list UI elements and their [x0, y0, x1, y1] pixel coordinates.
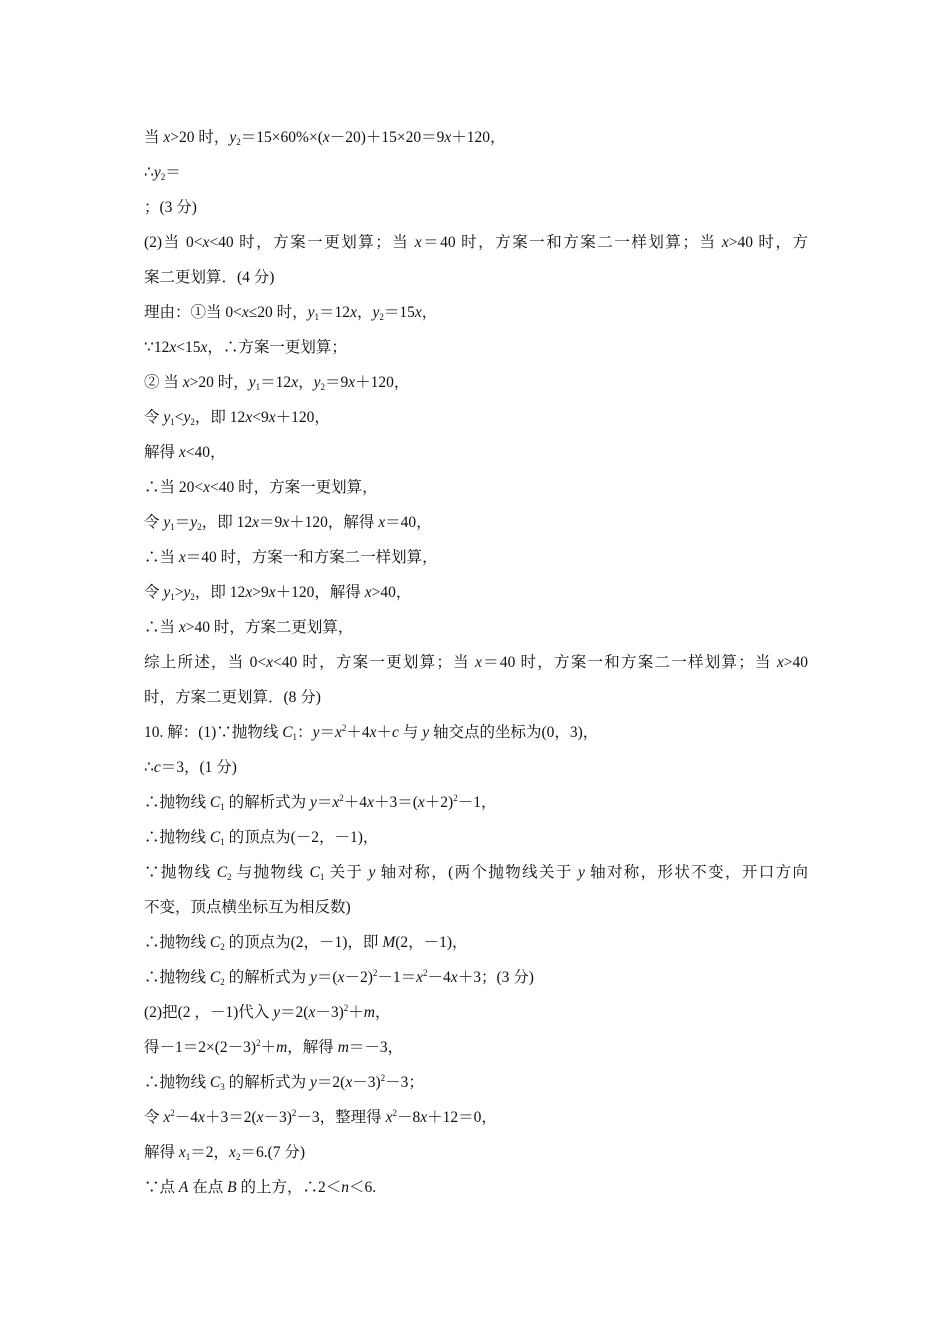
text-line: 解得 x1＝2，x2＝6.(7 分): [144, 1141, 808, 1176]
text-run: 的顶点为(2，－1)，即: [225, 934, 383, 951]
text-run: 综上所述，当 0<: [144, 654, 266, 671]
text-run: >20 时，: [190, 374, 249, 391]
text-run: ＝: [175, 514, 191, 531]
text-line: 理由：①当 0<x≤20 时，y1＝12x，y2＝15x，: [144, 301, 808, 336]
text-line: ∵12x<15x，∴方案一更划算；: [144, 336, 808, 371]
text-run: <40 时，方案一更划算，: [210, 479, 378, 496]
math-variable: C: [217, 864, 227, 881]
text-run: ＝15: [384, 304, 415, 321]
math-variable: y: [310, 1074, 317, 1091]
text-run: 轴交点的坐标为(0，3)，: [429, 724, 598, 741]
text-run: ＋120，解得: [289, 514, 378, 531]
text-run: ＋120，: [276, 409, 330, 426]
math-variable: x: [367, 794, 374, 811]
math-variable: x: [269, 409, 276, 426]
math-variable: x: [415, 304, 422, 321]
math-variable: x: [242, 304, 249, 321]
math-variable: x: [179, 619, 186, 636]
text-run: ＋2): [425, 794, 453, 811]
text-run: ＋: [348, 1004, 364, 1021]
text-run: ＋3；(3 分): [458, 969, 534, 986]
text-run: ∴: [144, 164, 154, 181]
text-run: ，: [298, 374, 314, 391]
text-run: 不变，顶点横坐标互为相反数): [144, 899, 351, 916]
text-run: ，解得: [287, 1039, 337, 1056]
text-run: ＝12: [260, 374, 291, 391]
text-run: ，: [422, 304, 438, 321]
text-run: ∴当 20<: [144, 479, 203, 496]
text-run: －4: [175, 1109, 198, 1126]
math-variable: x: [183, 374, 190, 391]
text-run: 的解析式为: [225, 969, 310, 986]
text-run: ∴抛物线: [144, 969, 210, 986]
text-run: ＝: [317, 794, 333, 811]
text-line: ② 当 x>20 时，y1＝12x，y2＝9x＋120，: [144, 371, 808, 406]
text-run: 的解析式为: [225, 1074, 310, 1091]
text-run: ＋4: [346, 724, 369, 741]
text-run: 与: [399, 724, 422, 741]
text-run: 令: [144, 409, 163, 426]
math-variable: x: [722, 234, 729, 251]
text-run: ＋120，: [451, 129, 505, 146]
text-run: ，: [357, 304, 373, 321]
text-run: ＝9: [325, 374, 348, 391]
text-run: >40 时，方案二更划算，: [186, 619, 354, 636]
math-variable: x: [179, 444, 186, 461]
text-run: 的上方，∴2＜: [237, 1179, 342, 1196]
math-variable: x: [416, 969, 423, 986]
text-run: 的解析式为: [225, 794, 310, 811]
math-variable: m: [276, 1039, 287, 1056]
text-run: ＝9: [259, 514, 282, 531]
text-run: ＋12＝0，: [427, 1109, 497, 1126]
text-run: 令: [144, 514, 163, 531]
math-variable: x: [370, 724, 377, 741]
text-run: ，即 12: [195, 409, 245, 426]
text-run: (2)当 0<: [144, 234, 203, 251]
text-run: ＋120，: [355, 374, 409, 391]
math-variable: C: [210, 1074, 220, 1091]
text-run: ＝: [165, 164, 181, 181]
text-run: 与抛物线: [232, 864, 310, 881]
math-variable: y: [310, 794, 317, 811]
math-variable: M: [382, 934, 395, 951]
text-line: ∴当 20<x<40 时，方案一更划算，: [144, 476, 808, 511]
text-run: －3): [264, 1109, 292, 1126]
math-variable: x: [777, 654, 784, 671]
math-variable: y: [308, 304, 315, 321]
math-variable: x: [229, 1144, 236, 1161]
text-line: ∴抛物线 C2 的顶点为(2，－1)，即 M(2，－1)，: [144, 931, 808, 966]
math-variable: x: [415, 234, 422, 251]
text-run: ，: [375, 1004, 391, 1021]
text-run: ，即 12: [195, 584, 245, 601]
text-line: ；(3 分): [144, 196, 808, 231]
math-variable: C: [210, 969, 220, 986]
text-line: 不变，顶点横坐标互为相反数): [144, 896, 808, 931]
math-variable: x: [252, 514, 259, 531]
text-run: ＝3，(1 分): [161, 759, 237, 776]
math-variable: y: [154, 164, 161, 181]
document-page: 当 x>20 时，y2＝15×60%×(x－20)＋15×20＝9x＋120，∴…: [144, 126, 808, 1211]
text-run: ＝40，: [385, 514, 432, 531]
math-variable: y: [578, 864, 585, 881]
math-variable: x: [418, 794, 425, 811]
text-run: ≤20 时，: [249, 304, 308, 321]
text-run: ② 当: [144, 374, 183, 391]
math-variable: y: [249, 374, 256, 391]
text-run: 10. 解：(1)∵抛物线: [144, 724, 282, 741]
math-variable: x: [475, 654, 482, 671]
math-variable: C: [210, 829, 220, 846]
text-line: ∴抛物线 C3 的解析式为 y＝2(x－3)2－3；: [144, 1071, 808, 1106]
math-variable: n: [341, 1179, 349, 1196]
text-run: ＝12: [319, 304, 350, 321]
math-variable: A: [179, 1179, 188, 1196]
math-variable: c: [392, 724, 399, 741]
text-run: 解得: [144, 1144, 179, 1161]
text-run: <15: [176, 339, 200, 356]
text-run: ∴抛物线: [144, 1074, 210, 1091]
math-variable: x: [350, 304, 357, 321]
text-line: ∵点 A 在点 B 的上方，∴2＜n＜6.: [144, 1176, 808, 1211]
text-line: 时，方案二更划算．(8 分): [144, 686, 808, 721]
math-variable: x: [266, 654, 273, 671]
text-run: >40 时，方: [729, 234, 808, 251]
text-run: 在点: [188, 1179, 227, 1196]
math-variable: x: [451, 969, 458, 986]
text-run: ∴: [144, 759, 154, 776]
text-run: ：: [297, 724, 313, 741]
text-run: >20 时，: [170, 129, 229, 146]
math-variable: x: [203, 479, 210, 496]
text-run: ＋4: [344, 794, 367, 811]
text-run: <40 时，方案一更划算；当: [209, 234, 414, 251]
text-line: 令 x2－4x＋3＝2(x－3)2－3，整理得 x2－8x＋12＝0，: [144, 1106, 808, 1141]
math-variable: m: [364, 1004, 375, 1021]
text-run: 理由：①当 0<: [144, 304, 242, 321]
text-run: <9: [252, 409, 269, 426]
text-run: ＝15×60%×(: [241, 129, 323, 146]
text-line: 综上所述，当 0<x<40 时，方案一更划算；当 x＝40 时，方案一和方案二一…: [144, 651, 808, 686]
text-line: ∴抛物线 C1 的顶点为(－2，－1)，: [144, 826, 808, 861]
math-variable: x: [179, 1144, 186, 1161]
text-run: >40: [784, 654, 808, 671]
text-line: (2)当 0<x<40 时，方案一更划算；当 x＝40 时，方案一和方案二一样划…: [144, 231, 808, 266]
text-run: 令: [144, 1109, 163, 1126]
text-run: －3，整理得: [296, 1109, 385, 1126]
text-line: 令 y1<y2，即 12x<9x＋120，: [144, 406, 808, 441]
text-line: ∴当 x＝40 时，方案一和方案二一样划算，: [144, 546, 808, 581]
text-line: ∴当 x>40 时，方案二更划算，: [144, 616, 808, 651]
math-variable: m: [338, 1039, 349, 1056]
text-run: 关于: [324, 864, 368, 881]
text-run: 轴对称，形状不变，开口方向: [585, 864, 808, 881]
math-variable: x: [257, 1109, 264, 1126]
text-run: ，即 12: [202, 514, 252, 531]
text-run: ∵12: [144, 339, 169, 356]
text-run: 时，方案二更划算．(8 分): [144, 689, 321, 706]
text-run: －1，: [458, 794, 497, 811]
text-run: <40，: [186, 444, 226, 461]
text-line: 当 x>20 时，y2＝15×60%×(x－20)＋15×20＝9x＋120，: [144, 126, 808, 161]
math-variable: c: [154, 759, 161, 776]
text-run: ∵抛物线: [144, 864, 217, 881]
text-run: >9: [252, 584, 269, 601]
text-run: ∴当: [144, 549, 179, 566]
text-run: －8: [397, 1109, 420, 1126]
math-variable: C: [309, 864, 319, 881]
math-variable: C: [210, 794, 220, 811]
text-run: ＋3＝2(: [205, 1109, 257, 1126]
math-variable: y: [273, 1004, 280, 1021]
text-run: <40 时，方案一更划算；当: [273, 654, 475, 671]
text-run: >40，: [372, 584, 412, 601]
text-run: 解得: [144, 444, 179, 461]
text-run: ∴抛物线: [144, 934, 210, 951]
text-line: 得－1＝2×(2－3)2＋m，解得 m＝－3，: [144, 1036, 808, 1071]
text-run: (2)把(2 ，－1)代入: [144, 1004, 273, 1021]
math-variable: y: [310, 969, 317, 986]
math-variable: x: [365, 584, 372, 601]
text-run: >: [175, 584, 184, 601]
math-variable: C: [210, 934, 220, 951]
text-run: ＝6.(7 分): [240, 1144, 305, 1161]
text-run: ＝: [319, 724, 335, 741]
text-line: ∴c＝3，(1 分): [144, 756, 808, 791]
text-run: 令: [144, 584, 163, 601]
math-variable: x: [269, 584, 276, 601]
text-line: 令 y1>y2，即 12x>9x＋120，解得 x>40，: [144, 581, 808, 616]
text-line: (2)把(2 ，－1)代入 y＝2(x－3)2＋m，: [144, 1001, 808, 1036]
text-run: －3；: [385, 1074, 424, 1091]
text-run: <: [175, 409, 184, 426]
text-run: －20)＋15×20＝9: [330, 129, 445, 146]
text-run: 的顶点为(－2，－1)，: [225, 829, 379, 846]
text-run: －1＝: [377, 969, 416, 986]
text-run: 当: [144, 129, 163, 146]
text-run: ＝－3，: [349, 1039, 403, 1056]
math-variable: C: [282, 724, 292, 741]
text-run: ＝(: [317, 969, 338, 986]
text-run: ∴当: [144, 619, 179, 636]
text-run: 轴对称，(两个抛物线关于: [375, 864, 578, 881]
text-line: ∴y2＝: [144, 161, 808, 196]
text-run: ＝2(: [317, 1074, 345, 1091]
text-run: －2): [344, 969, 372, 986]
text-line: ∴抛物线 C2 的解析式为 y＝(x－2)2－1＝x2－4x＋3；(3 分): [144, 966, 808, 1001]
text-run: ，∴方案一更划算；: [207, 339, 347, 356]
text-line: ∵抛物线 C2 与抛物线 C1 关于 y 轴对称，(两个抛物线关于 y 轴对称，…: [144, 861, 808, 896]
math-variable: x: [323, 129, 330, 146]
text-run: ＝2，: [190, 1144, 229, 1161]
text-line: 案二更划算．(4 分): [144, 266, 808, 301]
text-run: ＋: [377, 724, 393, 741]
text-run: (2，－1)，: [395, 934, 467, 951]
text-run: －3): [315, 1004, 343, 1021]
text-run: ＋3＝(: [374, 794, 418, 811]
text-run: ∵点: [144, 1179, 179, 1196]
text-run: ＝40 时，方案一和方案二一样划算，: [186, 549, 438, 566]
text-line: ∴抛物线 C1 的解析式为 y＝x2＋4x＋3＝(x＋2)2－1，: [144, 791, 808, 826]
text-run: ＋: [261, 1039, 277, 1056]
text-run: 得－1＝2×(2－3): [144, 1039, 256, 1056]
text-run: ∴抛物线: [144, 829, 210, 846]
text-run: ＋120，解得: [276, 584, 365, 601]
math-variable: x: [179, 549, 186, 566]
text-run: ＜6.: [349, 1179, 376, 1196]
text-run: ＝2(: [280, 1004, 308, 1021]
text-line: 10. 解：(1)∵抛物线 C1：y＝x2＋4x＋c 与 y 轴交点的坐标为(0…: [144, 721, 808, 756]
text-run: ＝40 时，方案一和方案二一样划算；当: [422, 234, 722, 251]
math-variable: B: [227, 1179, 236, 1196]
text-run: ；(3 分): [144, 199, 197, 216]
text-line: 解得 x<40，: [144, 441, 808, 476]
text-run: 案二更划算．(4 分): [144, 269, 274, 286]
text-run: －3): [352, 1074, 380, 1091]
text-line: 令 y1＝y2，即 12x＝9x＋120，解得 x＝40，: [144, 511, 808, 546]
math-variable: x: [335, 724, 342, 741]
text-run: ∴抛物线: [144, 794, 210, 811]
math-variable: x: [198, 1109, 205, 1126]
text-run: －4: [428, 969, 451, 986]
text-run: ＝40 时，方案一和方案二一样划算；当: [482, 654, 777, 671]
